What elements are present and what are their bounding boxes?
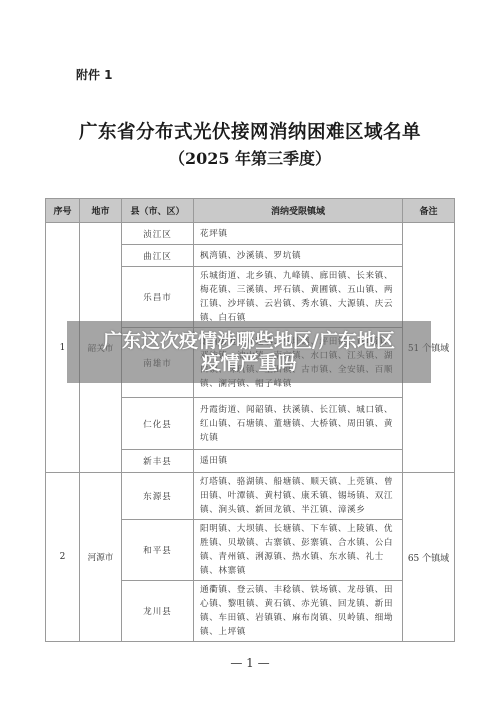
header-county: 县（市、区） [122,199,194,223]
city-cell: 河源市 [80,473,122,642]
county-cell: 和平县 [122,520,194,581]
headline-line-1: 广东这次疫情涉哪些地区/广东地区 [103,330,395,352]
header-towns: 消纳受限镇域 [194,199,403,223]
page-number: — 1 — [0,656,500,670]
document-subtitle: （2025 年第三季度） [0,146,500,169]
regions-table: 序号 地市 县（市、区） 消纳受限镇域 备注 1 韶关市 浈江区 花坪镇 51 … [45,198,455,642]
headline-line-2: 疫情严重吗 [201,352,296,374]
county-cell: 曲江区 [122,245,194,267]
county-cell: 浈江区 [122,223,194,245]
towns-cell: 遥田镇 [194,450,403,473]
county-cell: 龙川县 [122,581,194,642]
header-seq: 序号 [46,199,80,223]
county-cell: 乐昌市 [122,267,194,328]
towns-cell: 丹霞街道、闻韶镇、扶溪镇、长江镇、城口镇、红山镇、石塘镇、董塘镇、大桥镇、周田镇… [194,398,403,450]
county-cell: 东源县 [122,473,194,520]
document-title: 广东省分布式光伏接网消纳困难区域名单 [0,118,500,144]
seq-cell: 2 [46,473,80,642]
towns-cell: 灯塔镇、骆湖镇、船塘镇、顺天镇、上莞镇、曾田镇、叶潭镇、黄村镇、康禾镇、锡场镇、… [194,473,403,520]
towns-cell: 花坪镇 [194,223,403,245]
county-cell: 仁化县 [122,398,194,450]
header-city: 地市 [80,199,122,223]
headline-overlay: 广东这次疫情涉哪些地区/广东地区 疫情严重吗 [67,321,431,383]
towns-cell: 阳明镇、大坝镇、长塘镇、下车镇、上陵镇、优胜镇、贝墩镇、古寨镇、彭寨镇、合水镇、… [194,520,403,581]
header-note: 备注 [403,199,455,223]
towns-cell: 乐城街道、北乡镇、九峰镇、廊田镇、长来镇、梅花镇、三溪镇、坪石镇、黄圃镇、五山镇… [194,267,403,328]
table-row: 2 河源市 东源县 灯塔镇、骆湖镇、船塘镇、顺天镇、上莞镇、曾田镇、叶潭镇、黄村… [46,473,455,520]
county-cell: 新丰县 [122,450,194,473]
table-row: 1 韶关市 浈江区 花坪镇 51 个镇域 [46,223,455,245]
attachment-label: 附件 1 [76,66,113,83]
towns-cell: 通衢镇、登云镇、丰稔镇、铁场镇、龙母镇、田心镇、黎咀镇、黄石镇、赤光镇、回龙镇、… [194,581,403,642]
towns-cell: 枫湾镇、沙溪镇、罗坑镇 [194,245,403,267]
note-cell: 65 个镇域 [403,473,455,642]
table-header-row: 序号 地市 县（市、区） 消纳受限镇域 备注 [46,199,455,223]
